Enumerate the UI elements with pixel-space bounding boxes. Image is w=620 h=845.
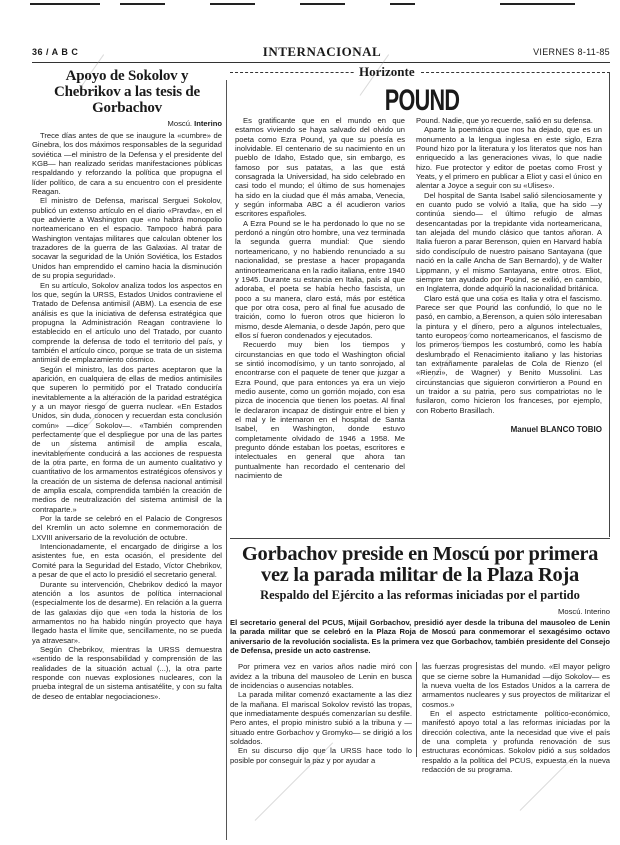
article-sokolov-chebrikov: Apoyo de Sokolov y Chebrikov a las tesis… (32, 68, 222, 701)
header-rule (32, 62, 610, 63)
column-text-2: Pound. Nadie, que yo recuerde, salió en … (416, 116, 602, 434)
paragraph: Del hospital de Santa Isabel salió silen… (416, 191, 602, 294)
page-folio: 36 / A B C (32, 47, 78, 57)
dateline: Moscú. Interino (32, 119, 222, 128)
page-header: 36 / A B C INTERNACIONAL VIERNES 8-11-85 (32, 45, 610, 61)
paragraph: Recuerdo muy bien los tiempos y circunst… (235, 340, 405, 480)
paragraph: La parada militar comenzó exactamente a … (230, 690, 412, 746)
kicker-rule (230, 72, 610, 73)
box-border (609, 72, 610, 537)
article-body: Trece días antes de que se inaugure la «… (32, 131, 222, 701)
paragraph: A Ezra Pound se le ha perdonado lo que n… (235, 219, 405, 340)
column-kicker: Horizonte (355, 64, 419, 80)
body-column-2: las fuerzas progresistas del mundo. «El … (422, 662, 610, 774)
article-headline: Gorbachov preside en Moscú por primera v… (230, 544, 610, 586)
article-gorbachov-parade: Gorbachov preside en Moscú por primera v… (230, 544, 610, 772)
dateline: Moscú. Interino (230, 607, 610, 616)
byline: Manuel BLANCO TOBIO (416, 425, 602, 434)
paragraph: Trece días antes de que se inaugure la «… (32, 131, 222, 196)
paragraph: El ministro de Defensa, mariscal Serguei… (32, 196, 222, 280)
article-headline: Apoyo de Sokolov y Chebrikov a las tesis… (32, 68, 222, 116)
box-border (230, 538, 610, 539)
article-body: Por primera vez en varios años nadie mir… (230, 662, 610, 772)
paragraph: Pound. Nadie, que yo recuerde, salió en … (416, 116, 602, 125)
issue-date: VIERNES 8-11-85 (533, 47, 610, 57)
section-title: INTERNACIONAL (222, 44, 422, 60)
paragraph: Según Chebrikov, mientras la URSS demues… (32, 645, 222, 701)
paragraph: En el aspecto estrictamente político-eco… (422, 709, 610, 774)
paragraph: las fuerzas progresistas del mundo. «El … (422, 662, 610, 709)
column-title: POUND (379, 84, 465, 118)
paragraph: Claro está que una cosa es Italia y otra… (416, 294, 602, 415)
column-text-1: Es gratificante que en el mundo en que e… (235, 116, 405, 480)
paragraph: Por la tarde se celebró en el Palacio de… (32, 514, 222, 542)
paragraph: Durante su intervención, Chebrikov dedic… (32, 580, 222, 645)
article-subheadline: Respaldo del Ejército a las reformas ini… (230, 588, 610, 603)
column-rule (226, 80, 227, 840)
body-column-1: Por primera vez en varios años nadie mir… (230, 662, 412, 765)
horizonte-column: Horizonte POUND Es gratificante que en e… (230, 64, 610, 539)
paragraph: Es gratificante que en el mundo en que e… (235, 116, 405, 219)
article-lead: El secretario general del PCUS, Mijail G… (230, 618, 610, 655)
top-edge-strip (0, 0, 620, 12)
paragraph: Por primera vez en varios años nadie mir… (230, 662, 412, 690)
column-rule (416, 662, 417, 757)
paragraph: Aparte la poemática que nos ha dejado, q… (416, 125, 602, 190)
paragraph: Según el ministro, las dos partes acepta… (32, 365, 222, 515)
paragraph: Intencionadamente, el encargado de dirig… (32, 542, 222, 579)
paragraph: En su discurso dijo que la URSS hace tod… (230, 746, 412, 765)
paragraph: En su artículo, Sokolov analiza todos lo… (32, 281, 222, 365)
